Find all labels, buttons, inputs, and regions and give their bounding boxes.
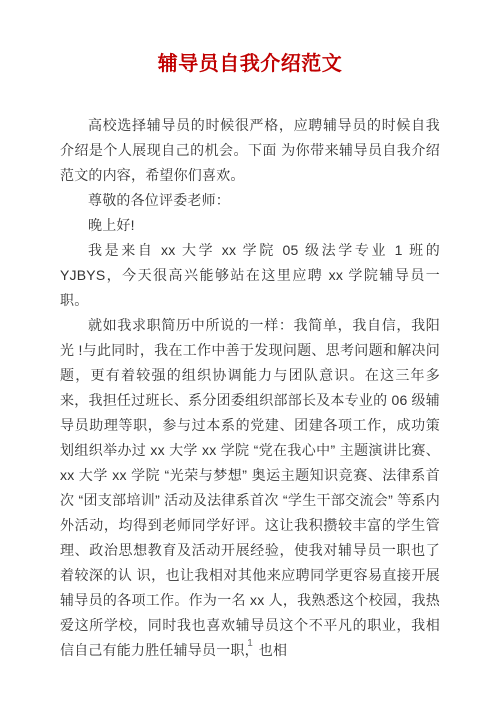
document-body: 高校选择辅导员的时候很严格，应聘辅导员的时候自我介绍是个人展现自己的机会。下面 … bbox=[60, 113, 440, 663]
paragraph: 高校选择辅导员的时候很严格，应聘辅导员的时候自我介绍是个人展现自己的机会。下面 … bbox=[60, 113, 440, 188]
page-number: 1 bbox=[0, 638, 500, 649]
paragraph: 我是来自 xx 大学 xx 学院 05 级法学专业 1 班的 YJBYS，今天很… bbox=[60, 238, 440, 313]
paragraph: 晚上好! bbox=[60, 213, 440, 238]
paragraph: 尊敬的各位评委老师： bbox=[60, 188, 440, 213]
paragraph: 就如我求职简历中所说的一样：我简单，我自信，我阳光 !与此同时，我在工作中善于发… bbox=[60, 313, 440, 663]
document-page: 辅导员自我介绍范文 高校选择辅导员的时候很严格，应聘辅导员的时候自我介绍是个人展… bbox=[0, 0, 500, 707]
document-title: 辅导员自我介绍范文 bbox=[0, 0, 500, 77]
